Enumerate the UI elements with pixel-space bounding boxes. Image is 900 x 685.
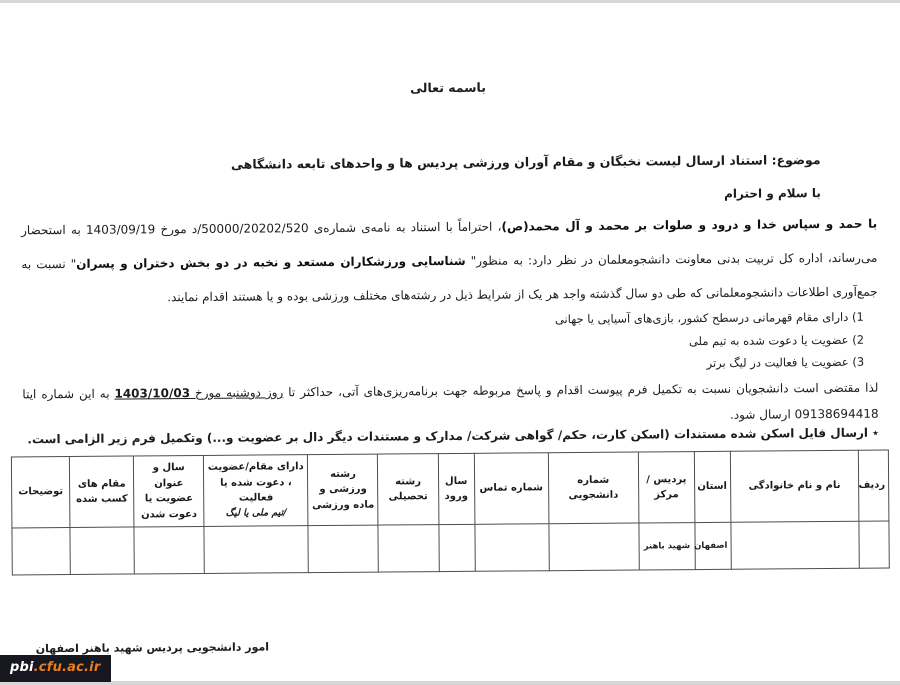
watermark-prefix: pbi bbox=[10, 660, 34, 675]
action-paragraph: لذا مقتضی است دانشجویان نسبت به تکمیل فر… bbox=[22, 375, 878, 434]
cell-row-number bbox=[859, 521, 889, 568]
cell-entry-year bbox=[438, 524, 474, 571]
letter-body: باسمه تعالی موضوع: استناد ارسال لیست نخب… bbox=[0, 0, 900, 685]
athletes-form-table-wrap: ردیف نام و نام خانوادگی استان پردیس / مر… bbox=[11, 450, 890, 576]
watermark-suffix: .cfu.ac.ir bbox=[34, 660, 101, 675]
bismillah-header: باسمه تعالی bbox=[0, 76, 898, 98]
cell-membership-year bbox=[134, 526, 204, 574]
header-remarks: توضیحات bbox=[11, 456, 70, 527]
body-paragraph: با حمد و سپاس خدا و درود و صلوات بر محمد… bbox=[21, 207, 878, 316]
cell-contact-number bbox=[474, 524, 548, 572]
eitaa-phone-number: 09138694418 bbox=[795, 407, 879, 422]
deadline-text: روز دوشنبه مورخ bbox=[190, 385, 283, 400]
header-sport-discipline: رشته ورزشی و ماده ورزشی bbox=[308, 454, 379, 526]
header-titles-earned: مقام های کسب شده bbox=[70, 456, 135, 528]
cell-full-name bbox=[731, 521, 860, 569]
header-field-of-study: رشته تحصیلی bbox=[378, 454, 439, 525]
athletes-form-table: ردیف نام و نام خانوادگی استان پردیس / مر… bbox=[11, 450, 890, 576]
scan-edge-bottom bbox=[0, 681, 900, 685]
cell-remarks bbox=[12, 527, 71, 574]
cell-student-id bbox=[549, 523, 639, 571]
subject-line: موضوع: استناد ارسال لیست نخبگان و مقام آ… bbox=[39, 152, 821, 173]
cell-title-membership bbox=[204, 526, 308, 574]
cell-field-of-study bbox=[378, 525, 438, 572]
header-full-name: نام و نام خانوادگی bbox=[730, 450, 859, 522]
after-deadline: به این شماره ایتا bbox=[22, 387, 114, 402]
header-row-number: ردیف bbox=[858, 450, 889, 521]
site-watermark: pbi.cfu.ac.ir bbox=[0, 655, 111, 682]
deadline-underlined: روز دوشنبه مورخ 1403/10/03 bbox=[114, 385, 283, 400]
header-title-membership-main: دارای مقام/عضویت ، دعوت شده یا فعالیت bbox=[208, 462, 304, 505]
conditions-list: 1) دارای مقام قهرمانی درسطح کشور، بازی‌ه… bbox=[22, 306, 865, 380]
cell-campus: شهید باهنر bbox=[639, 523, 695, 570]
scanned-letter-page: { "document": { "bismillah": "باسمه تعال… bbox=[0, 0, 900, 685]
opening-praise-bold: با حمد و سپاس خدا و درود و صلوات بر محمد… bbox=[501, 217, 877, 234]
header-title-membership: دارای مقام/عضویت ، دعوت شده یا فعالیت /ت… bbox=[204, 455, 309, 527]
header-student-id: شماره دانشجویی bbox=[548, 452, 639, 524]
cell-province: اصفهان bbox=[695, 522, 731, 569]
action-closing: ارسال شود. bbox=[730, 407, 795, 422]
table-header-row: ردیف نام و نام خانوادگی استان پردیس / مر… bbox=[11, 450, 889, 528]
header-league-note: /تیم ملی یا لیگ bbox=[208, 506, 305, 521]
header-contact-number: شماره تماس bbox=[474, 453, 549, 525]
action-intro: لذا مقتضی است دانشجویان نسبت به تکمیل فر… bbox=[283, 381, 878, 400]
salutation-line: با سلام و احترام bbox=[724, 186, 821, 201]
header-province: استان bbox=[694, 451, 731, 522]
cell-sport-discipline bbox=[308, 525, 378, 573]
header-entry-year: سال ورود bbox=[438, 453, 475, 524]
signature-office: امور دانشجویی پردیس شهید باهنر اصفهان bbox=[2, 640, 302, 655]
purpose-bold: شناسایی ورزشکاران مستعد و نخبه در دو بخش… bbox=[76, 254, 466, 271]
header-campus: پردیس / مرکز bbox=[638, 452, 695, 523]
header-membership-year: سال و عنوان عضویت یا دعوت شدن bbox=[134, 455, 205, 527]
cell-titles-earned bbox=[70, 527, 134, 575]
table-row: اصفهان شهید باهنر bbox=[12, 521, 889, 575]
deadline-date: 1403/10/03 bbox=[114, 386, 190, 401]
